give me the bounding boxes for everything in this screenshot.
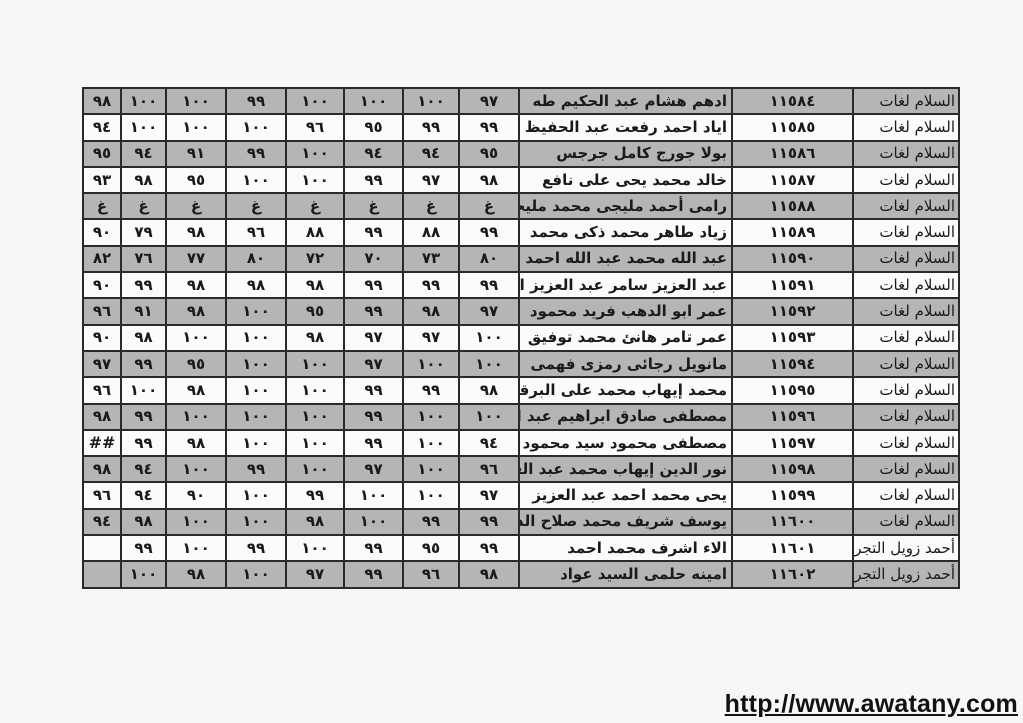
score-cell-4: غ — [286, 193, 344, 219]
score-cell-5: ٩٩ — [226, 88, 286, 114]
table-row: ٩٧ ٩٩ ٩٥ ١٠٠ ١٠٠ ٩٧ ١٠٠ ١٠٠ مانويل رجائى… — [83, 351, 959, 377]
score-cell-8: ٩٨ — [83, 88, 121, 114]
score-cell-4: ٧٢ — [286, 246, 344, 272]
score-cell-7: ٩٩ — [121, 351, 166, 377]
score-cell-5: ١٠٠ — [226, 351, 286, 377]
score-cell-5: ١٠٠ — [226, 561, 286, 587]
student-name-cell: عبد العزيز سامر عبد العزيز السيد — [519, 272, 732, 298]
seat-number-cell: ١١٥٩٣ — [732, 325, 853, 351]
score-cell-3: ٩٩ — [344, 430, 403, 456]
score-cell-6: ١٠٠ — [166, 325, 226, 351]
score-cell-5: ٩٩ — [226, 456, 286, 482]
table-row: ٩٣ ٩٨ ٩٥ ١٠٠ ١٠٠ ٩٩ ٩٧ ٩٨ خالد محمد يحى … — [83, 167, 959, 193]
score-cell-7: ١٠٠ — [121, 377, 166, 403]
score-cell-6: ٩٨ — [166, 272, 226, 298]
score-cell-4: ٩٨ — [286, 325, 344, 351]
student-name-cell: زياد طاهر محمد ذكى محمد — [519, 219, 732, 245]
table-row: ٩٨ ٩٩ ١٠٠ ١٠٠ ١٠٠ ٩٩ ١٠٠ ١٠٠ مصطفى صادق … — [83, 404, 959, 430]
score-cell-2: ٩٩ — [403, 114, 459, 140]
score-cell-1: ٩٨ — [459, 561, 519, 587]
score-cell-8: ٩٧ — [83, 351, 121, 377]
score-cell-2: ٩٩ — [403, 509, 459, 535]
score-cell-3: ٩٧ — [344, 456, 403, 482]
score-cell-4: ١٠٠ — [286, 351, 344, 377]
website-link[interactable]: http://www.awatany.com — [725, 690, 1018, 719]
student-name-cell: عبد الله محمد عبد الله احمد عبد الدايم — [519, 246, 732, 272]
school-cell: السلام لغات — [853, 193, 959, 219]
school-cell: السلام لغات — [853, 404, 959, 430]
score-cell-2: ١٠٠ — [403, 482, 459, 508]
seat-number-cell: ١١٥٩٤ — [732, 351, 853, 377]
score-cell-1: ٩٩ — [459, 509, 519, 535]
score-cell-1: ٩٥ — [459, 141, 519, 167]
score-cell-4: ٩٨ — [286, 272, 344, 298]
table-row: غ غ غ غ غ غ غ غ رامى أحمد مليجى محمد ملي… — [83, 193, 959, 219]
score-cell-6: ٩٨ — [166, 219, 226, 245]
student-name-cell: الاء اشرف محمد احمد — [519, 535, 732, 561]
school-cell: السلام لغات — [853, 482, 959, 508]
score-cell-2: ٨٨ — [403, 219, 459, 245]
score-cell-4: ١٠٠ — [286, 88, 344, 114]
score-cell-5: ٨٠ — [226, 246, 286, 272]
score-cell-1: ٩٧ — [459, 482, 519, 508]
score-cell-7: ٩٩ — [121, 535, 166, 561]
score-cell-2: ٩٨ — [403, 298, 459, 324]
score-cell-1: ١٠٠ — [459, 325, 519, 351]
student-name-cell: عمر تامر هانئ محمد توفيق — [519, 325, 732, 351]
score-cell-2: ٩٩ — [403, 377, 459, 403]
school-cell: السلام لغات — [853, 88, 959, 114]
score-cell-2: ٧٣ — [403, 246, 459, 272]
score-cell-3: ٩٩ — [344, 377, 403, 403]
school-cell: السلام لغات — [853, 377, 959, 403]
score-cell-1: ٩٩ — [459, 114, 519, 140]
score-cell-4: ٨٨ — [286, 219, 344, 245]
score-cell-8: ٩٤ — [83, 509, 121, 535]
seat-number-cell: ١١٦٠١ — [732, 535, 853, 561]
score-cell-4: ١٠٠ — [286, 456, 344, 482]
score-cell-1: ٩٩ — [459, 219, 519, 245]
results-page: ٩٨ ١٠٠ ١٠٠ ٩٩ ١٠٠ ١٠٠ ١٠٠ ٩٧ ادهم هشام ع… — [0, 0, 1023, 723]
score-cell-6: ٩٨ — [166, 298, 226, 324]
table-row: ٩٠ ٩٩ ٩٨ ٩٨ ٩٨ ٩٩ ٩٩ ٩٩ عبد العزيز سامر … — [83, 272, 959, 298]
score-cell-5: ١٠٠ — [226, 430, 286, 456]
student-name-cell: نور الدين إيهاب محمد عبد الفتاح — [519, 456, 732, 482]
seat-number-cell: ١١٥٩٦ — [732, 404, 853, 430]
school-cell: السلام لغات — [853, 141, 959, 167]
table-row: ## ٩٩ ٩٨ ١٠٠ ١٠٠ ٩٩ ١٠٠ ٩٤ مصطفى محمود س… — [83, 430, 959, 456]
student-name-cell: اياد احمد رفعت عبد الحفيظ — [519, 114, 732, 140]
score-cell-3: ٩٩ — [344, 219, 403, 245]
score-cell-5: ١٠٠ — [226, 298, 286, 324]
school-cell: أحمد زويل التجريبية — [853, 561, 959, 587]
seat-number-cell: ١١٦٠٠ — [732, 509, 853, 535]
student-name-cell: بولا جورج كامل جرجس — [519, 141, 732, 167]
score-cell-3: ١٠٠ — [344, 88, 403, 114]
table-row: ٩٤ ١٠٠ ١٠٠ ١٠٠ ٩٦ ٩٥ ٩٩ ٩٩ اياد احمد رفع… — [83, 114, 959, 140]
score-cell-1: ٩٧ — [459, 88, 519, 114]
table-row: ٨٢ ٧٦ ٧٧ ٨٠ ٧٢ ٧٠ ٧٣ ٨٠ عبد الله محمد عب… — [83, 246, 959, 272]
score-cell-1: ٩٤ — [459, 430, 519, 456]
score-cell-7: ٩٩ — [121, 430, 166, 456]
student-name-cell: مانويل رجائى رمزى فهمى — [519, 351, 732, 377]
score-cell-1: ٨٠ — [459, 246, 519, 272]
seat-number-cell: ١١٥٩٠ — [732, 246, 853, 272]
score-cell-6: ١٠٠ — [166, 456, 226, 482]
table-row: ١٠٠ ٩٨ ١٠٠ ٩٧ ٩٩ ٩٦ ٩٨ امينه حلمى السيد … — [83, 561, 959, 587]
score-cell-3: غ — [344, 193, 403, 219]
student-name-cell: عمر ابو الدهب فريد محمود — [519, 298, 732, 324]
score-cell-7: ٧٦ — [121, 246, 166, 272]
score-cell-6: ١٠٠ — [166, 404, 226, 430]
table-row: ٩٦ ١٠٠ ٩٨ ١٠٠ ١٠٠ ٩٩ ٩٩ ٩٨ محمد إيهاب مح… — [83, 377, 959, 403]
score-cell-2: ٩٤ — [403, 141, 459, 167]
seat-number-cell: ١١٥٩٨ — [732, 456, 853, 482]
score-cell-2: ١٠٠ — [403, 351, 459, 377]
table-row: ٩٠ ٩٨ ١٠٠ ١٠٠ ٩٨ ٩٧ ٩٧ ١٠٠ عمر تامر هانئ… — [83, 325, 959, 351]
score-cell-2: ١٠٠ — [403, 456, 459, 482]
score-cell-8: ٩٦ — [83, 377, 121, 403]
student-name-cell: مصطفى صادق ابراهيم عبد الصادق — [519, 404, 732, 430]
school-cell: السلام لغات — [853, 219, 959, 245]
seat-number-cell: ١١٦٠٢ — [732, 561, 853, 587]
table-row: ٩٥ ٩٤ ٩١ ٩٩ ١٠٠ ٩٤ ٩٤ ٩٥ بولا جورج كامل … — [83, 141, 959, 167]
score-cell-8 — [83, 561, 121, 587]
score-cell-1: ٩٨ — [459, 377, 519, 403]
seat-number-cell: ١١٥٨٦ — [732, 141, 853, 167]
score-cell-7: ٩١ — [121, 298, 166, 324]
score-cell-5: ١٠٠ — [226, 325, 286, 351]
score-cell-8: ٩٠ — [83, 219, 121, 245]
score-cell-4: ١٠٠ — [286, 141, 344, 167]
seat-number-cell: ١١٥٩٩ — [732, 482, 853, 508]
score-cell-4: ٩٩ — [286, 482, 344, 508]
score-cell-8: ٩٣ — [83, 167, 121, 193]
score-cell-4: ٩٧ — [286, 561, 344, 587]
score-cell-5: ١٠٠ — [226, 509, 286, 535]
score-cell-7: غ — [121, 193, 166, 219]
score-cell-5: ١٠٠ — [226, 114, 286, 140]
score-cell-1: ١٠٠ — [459, 351, 519, 377]
score-cell-3: ١٠٠ — [344, 482, 403, 508]
score-cell-7: ١٠٠ — [121, 114, 166, 140]
score-cell-2: ١٠٠ — [403, 88, 459, 114]
school-cell: السلام لغات — [853, 325, 959, 351]
score-cell-2: ٩٩ — [403, 272, 459, 298]
score-cell-2: ٩٦ — [403, 561, 459, 587]
seat-number-cell: ١١٥٨٨ — [732, 193, 853, 219]
score-cell-6: ٧٧ — [166, 246, 226, 272]
score-cell-6: ٩٥ — [166, 167, 226, 193]
score-cell-3: ٧٠ — [344, 246, 403, 272]
score-cell-3: ١٠٠ — [344, 509, 403, 535]
score-cell-7: ٩٨ — [121, 509, 166, 535]
score-cell-5: ٩٨ — [226, 272, 286, 298]
student-name-cell: ادهم هشام عبد الحكيم طه — [519, 88, 732, 114]
score-cell-2: غ — [403, 193, 459, 219]
score-cell-5: ١٠٠ — [226, 167, 286, 193]
score-cell-3: ٩٤ — [344, 141, 403, 167]
score-cell-4: ١٠٠ — [286, 535, 344, 561]
school-cell: السلام لغات — [853, 246, 959, 272]
seat-number-cell: ١١٥٩٧ — [732, 430, 853, 456]
seat-number-cell: ١١٥٩١ — [732, 272, 853, 298]
score-cell-3: ٩٥ — [344, 114, 403, 140]
score-cell-6: ٩١ — [166, 141, 226, 167]
results-table-body: ٩٨ ١٠٠ ١٠٠ ٩٩ ١٠٠ ١٠٠ ١٠٠ ٩٧ ادهم هشام ع… — [83, 88, 959, 588]
score-cell-5: ٩٦ — [226, 219, 286, 245]
table-row: ٩٨ ١٠٠ ١٠٠ ٩٩ ١٠٠ ١٠٠ ١٠٠ ٩٧ ادهم هشام ع… — [83, 88, 959, 114]
student-name-cell: خالد محمد يحى على نافع — [519, 167, 732, 193]
school-cell: السلام لغات — [853, 456, 959, 482]
score-cell-8: ٨٢ — [83, 246, 121, 272]
seat-number-cell: ١١٥٨٧ — [732, 167, 853, 193]
score-cell-6: ١٠٠ — [166, 535, 226, 561]
results-table: ٩٨ ١٠٠ ١٠٠ ٩٩ ١٠٠ ١٠٠ ١٠٠ ٩٧ ادهم هشام ع… — [82, 87, 960, 589]
score-cell-7: ٩٩ — [121, 272, 166, 298]
score-cell-3: ٩٩ — [344, 404, 403, 430]
score-cell-2: ٩٧ — [403, 325, 459, 351]
score-cell-6: ١٠٠ — [166, 114, 226, 140]
score-cell-8: ٩٠ — [83, 272, 121, 298]
school-cell: السلام لغات — [853, 509, 959, 535]
student-name-cell: يوسف شريف محمد صلاح الدين مصطفى — [519, 509, 732, 535]
score-cell-4: ٩٥ — [286, 298, 344, 324]
table-row: ٩٨ ٩٤ ١٠٠ ٩٩ ١٠٠ ٩٧ ١٠٠ ٩٦ نور الدين إيه… — [83, 456, 959, 482]
score-cell-3: ٩٩ — [344, 535, 403, 561]
score-cell-1: ٩٦ — [459, 456, 519, 482]
score-cell-8 — [83, 535, 121, 561]
score-cell-7: ١٠٠ — [121, 88, 166, 114]
table-row: ٩٩ ١٠٠ ٩٩ ١٠٠ ٩٩ ٩٥ ٩٩ الاء اشرف محمد اح… — [83, 535, 959, 561]
score-cell-6: ٩٥ — [166, 351, 226, 377]
score-cell-1: ١٠٠ — [459, 404, 519, 430]
school-cell: أحمد زويل التجريبية — [853, 535, 959, 561]
score-cell-5: ١٠٠ — [226, 482, 286, 508]
school-cell: السلام لغات — [853, 114, 959, 140]
table-row: ٩٦ ٩٤ ٩٠ ١٠٠ ٩٩ ١٠٠ ١٠٠ ٩٧ يحى محمد احمد… — [83, 482, 959, 508]
school-cell: السلام لغات — [853, 167, 959, 193]
score-cell-6: غ — [166, 193, 226, 219]
score-cell-7: ٩٨ — [121, 167, 166, 193]
score-cell-3: ٩٩ — [344, 272, 403, 298]
school-cell: السلام لغات — [853, 351, 959, 377]
score-cell-5: ١٠٠ — [226, 377, 286, 403]
score-cell-6: ٩٨ — [166, 377, 226, 403]
score-cell-4: ١٠٠ — [286, 430, 344, 456]
seat-number-cell: ١١٥٨٤ — [732, 88, 853, 114]
score-cell-5: غ — [226, 193, 286, 219]
score-cell-3: ٩٧ — [344, 351, 403, 377]
score-cell-7: ٩٤ — [121, 482, 166, 508]
student-name-cell: رامى أحمد مليجى محمد مليجى — [519, 193, 732, 219]
score-cell-4: ١٠٠ — [286, 404, 344, 430]
score-cell-3: ٩٩ — [344, 561, 403, 587]
table-row: ٩٦ ٩١ ٩٨ ١٠٠ ٩٥ ٩٩ ٩٨ ٩٧ عمر ابو الدهب ف… — [83, 298, 959, 324]
student-name-cell: مصطفى محمود سيد محمود يوسف — [519, 430, 732, 456]
score-cell-4: ٩٦ — [286, 114, 344, 140]
school-cell: السلام لغات — [853, 272, 959, 298]
score-cell-1: ٩٩ — [459, 272, 519, 298]
student-name-cell: يحى محمد احمد عبد العزيز — [519, 482, 732, 508]
seat-number-cell: ١١٥٨٥ — [732, 114, 853, 140]
score-cell-7: ٩٤ — [121, 141, 166, 167]
school-cell: السلام لغات — [853, 430, 959, 456]
score-cell-1: غ — [459, 193, 519, 219]
score-cell-8: ٩٦ — [83, 298, 121, 324]
score-cell-5: ١٠٠ — [226, 404, 286, 430]
score-cell-3: ٩٧ — [344, 325, 403, 351]
score-cell-8: ## — [83, 430, 121, 456]
score-cell-6: ١٠٠ — [166, 509, 226, 535]
seat-number-cell: ١١٥٨٩ — [732, 219, 853, 245]
score-cell-8: ٩٨ — [83, 456, 121, 482]
score-cell-7: ٩٤ — [121, 456, 166, 482]
score-cell-6: ٩٠ — [166, 482, 226, 508]
score-cell-4: ١٠٠ — [286, 167, 344, 193]
score-cell-4: ١٠٠ — [286, 377, 344, 403]
student-name-cell: امينه حلمى السيد عواد — [519, 561, 732, 587]
score-cell-1: ٩٨ — [459, 167, 519, 193]
score-cell-7: ٧٩ — [121, 219, 166, 245]
score-cell-6: ١٠٠ — [166, 88, 226, 114]
score-cell-1: ٩٩ — [459, 535, 519, 561]
score-cell-8: ٩٠ — [83, 325, 121, 351]
seat-number-cell: ١١٥٩٥ — [732, 377, 853, 403]
student-name-cell: محمد إيهاب محمد على البرقى — [519, 377, 732, 403]
score-cell-8: ٩٨ — [83, 404, 121, 430]
table-row: ٩٤ ٩٨ ١٠٠ ١٠٠ ٩٨ ١٠٠ ٩٩ ٩٩ يوسف شريف محم… — [83, 509, 959, 535]
score-cell-1: ٩٧ — [459, 298, 519, 324]
score-cell-3: ٩٩ — [344, 298, 403, 324]
score-cell-8: ٩٤ — [83, 114, 121, 140]
score-cell-5: ٩٩ — [226, 141, 286, 167]
score-cell-6: ٩٨ — [166, 561, 226, 587]
score-cell-8: ٩٥ — [83, 141, 121, 167]
school-cell: السلام لغات — [853, 298, 959, 324]
score-cell-2: ١٠٠ — [403, 404, 459, 430]
score-cell-7: ٩٨ — [121, 325, 166, 351]
seat-number-cell: ١١٥٩٢ — [732, 298, 853, 324]
score-cell-6: ٩٨ — [166, 430, 226, 456]
score-cell-2: ٩٥ — [403, 535, 459, 561]
score-cell-7: ١٠٠ — [121, 561, 166, 587]
score-cell-2: ١٠٠ — [403, 430, 459, 456]
score-cell-3: ٩٩ — [344, 167, 403, 193]
score-cell-8: غ — [83, 193, 121, 219]
score-cell-8: ٩٦ — [83, 482, 121, 508]
score-cell-4: ٩٨ — [286, 509, 344, 535]
score-cell-2: ٩٧ — [403, 167, 459, 193]
table-row: ٩٠ ٧٩ ٩٨ ٩٦ ٨٨ ٩٩ ٨٨ ٩٩ زياد طاهر محمد ذ… — [83, 219, 959, 245]
score-cell-7: ٩٩ — [121, 404, 166, 430]
score-cell-5: ٩٩ — [226, 535, 286, 561]
